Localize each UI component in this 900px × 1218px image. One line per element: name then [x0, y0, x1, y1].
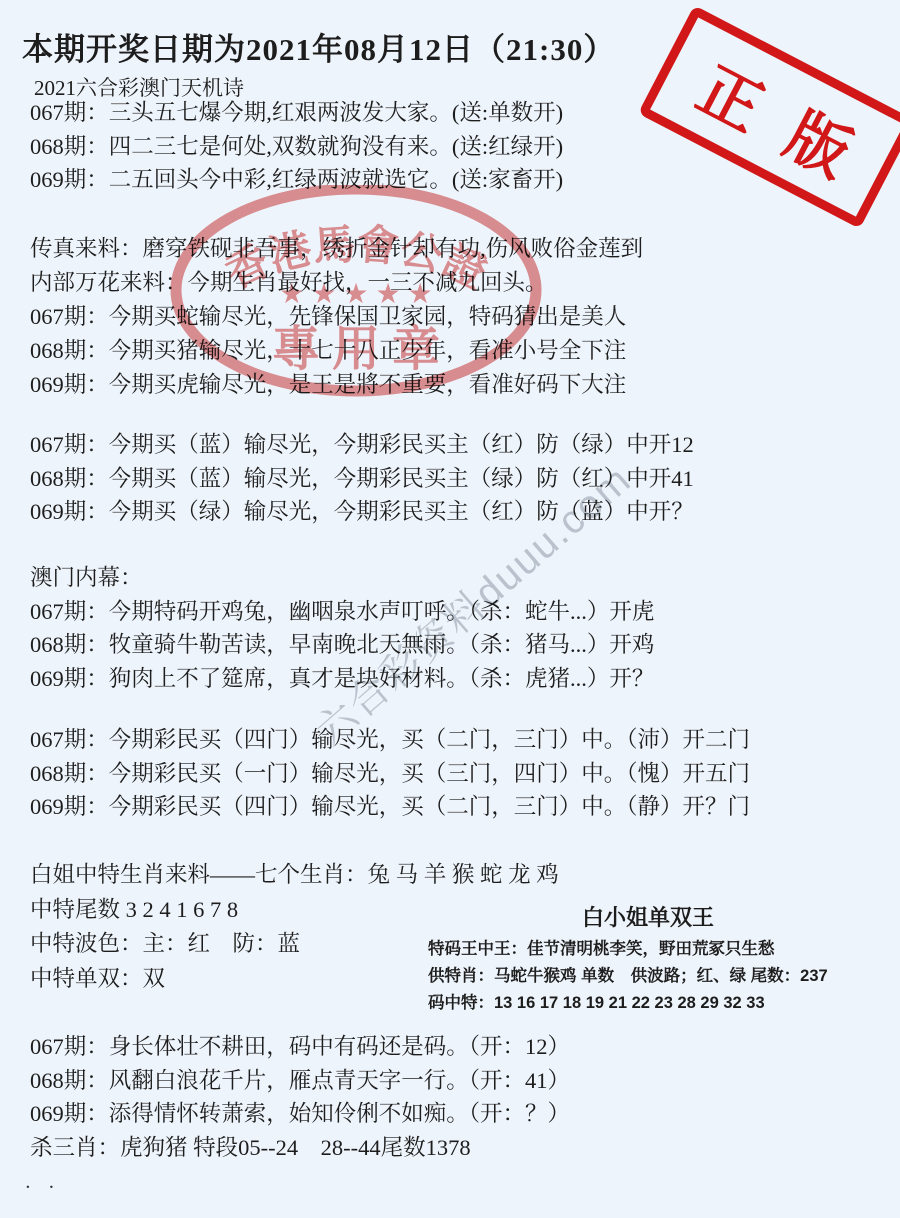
authentic-stamp-label: 正 版 [676, 36, 878, 199]
text-line: 067期：今期彩民买（四门）输尽光，买（二门，三门）中。（沛）开二门 [30, 723, 750, 757]
macau-insider-section: 澳门内幕： 067期：今期特码开鸡兔，幽咽泉水声叮呼。（杀：蛇牛...）开虎 0… [30, 561, 654, 695]
authentic-version-stamp: 正 版 [638, 5, 900, 229]
text-line: 068期：四二三七是何处,双数就狗没有来。(送:红绿开) [30, 130, 563, 164]
text-line: 068期：牧童骑牛勒苦读，早南晚北天無雨。（杀：猪马...）开鸡 [30, 628, 654, 662]
footer-dots: . . [26, 1176, 61, 1193]
baixiaojie-box-title: 白小姐单双王 [428, 901, 868, 932]
text-line: 供特肖：马蛇牛猴鸡 单数 供波路；红、绿 尾数：237 [428, 963, 828, 990]
text-line: 067期：三头五七爆今期,红艰两波发大家。(送:单数开) [30, 96, 563, 130]
text-line: 067期：今期买（蓝）输尽光，今期彩民买主（红）防（绿）中开12 [30, 428, 694, 462]
text-line: 067期：身长体壮不耕田，码中有码还是码。（开：12） [30, 1030, 570, 1064]
text-line: 码中特：13 16 17 18 19 21 22 23 28 29 32 33 [428, 990, 828, 1017]
text-line: 068期：今期彩民买（一门）输尽光，买（三门，四门）中。（愧）开五门 [30, 757, 750, 791]
text-line: 白姐中特生肖来料——七个生肖：兔 马 羊 猴 蛇 龙 鸡 [30, 858, 559, 893]
seal-stars: ★ ★ ★ ★ ★ [279, 279, 433, 310]
seal-center-text: 專用章 [272, 322, 452, 376]
text-line: 067期：今期特码开鸡兔，幽咽泉水声叮呼。（杀：蛇牛...）开虎 [30, 595, 654, 629]
text-line: 特码王中王：佳节清明桃李笑，野田荒冢只生愁 [428, 936, 828, 963]
section-heading: 澳门内幕： [30, 561, 654, 595]
text-line: 杀三肖：虎狗猪 特段05--24 28--44尾数1378 [30, 1131, 570, 1165]
text-line: 068期：风翻白浪花千片，雁点青天字一行。（开：41） [30, 1064, 570, 1098]
page-title: 本期开奖日期为2021年08月12日（21:30） [22, 24, 615, 69]
baixiaojie-box: 特码王中王：佳节清明桃李笑，野田荒冢只生愁 供特肖：马蛇牛猴鸡 单数 供波路；红… [428, 936, 828, 1017]
tianji-poem-section: 067期：三头五七爆今期,红艰两波发大家。(送:单数开) 068期：四二三七是何… [30, 96, 563, 197]
final-poem-section: 067期：身长体壮不耕田，码中有码还是码。（开：12） 068期：风翻白浪花千片… [30, 1030, 570, 1164]
text-line: 069期：今期彩民买（四门）输尽光，买（二门，三门）中。（静）开？门 [30, 790, 750, 824]
jockey-club-seal-stamp: 香港馬會公證 ★ ★ ★ ★ ★ 專用章 [170, 185, 550, 400]
four-door-section: 067期：今期彩民买（四门）输尽光，买（二门，三门）中。（沛）开二门 068期：… [30, 723, 750, 824]
text-line: 069期：添得情怀转萧索，始知伶俐不如痴。（开：？） [30, 1097, 570, 1131]
